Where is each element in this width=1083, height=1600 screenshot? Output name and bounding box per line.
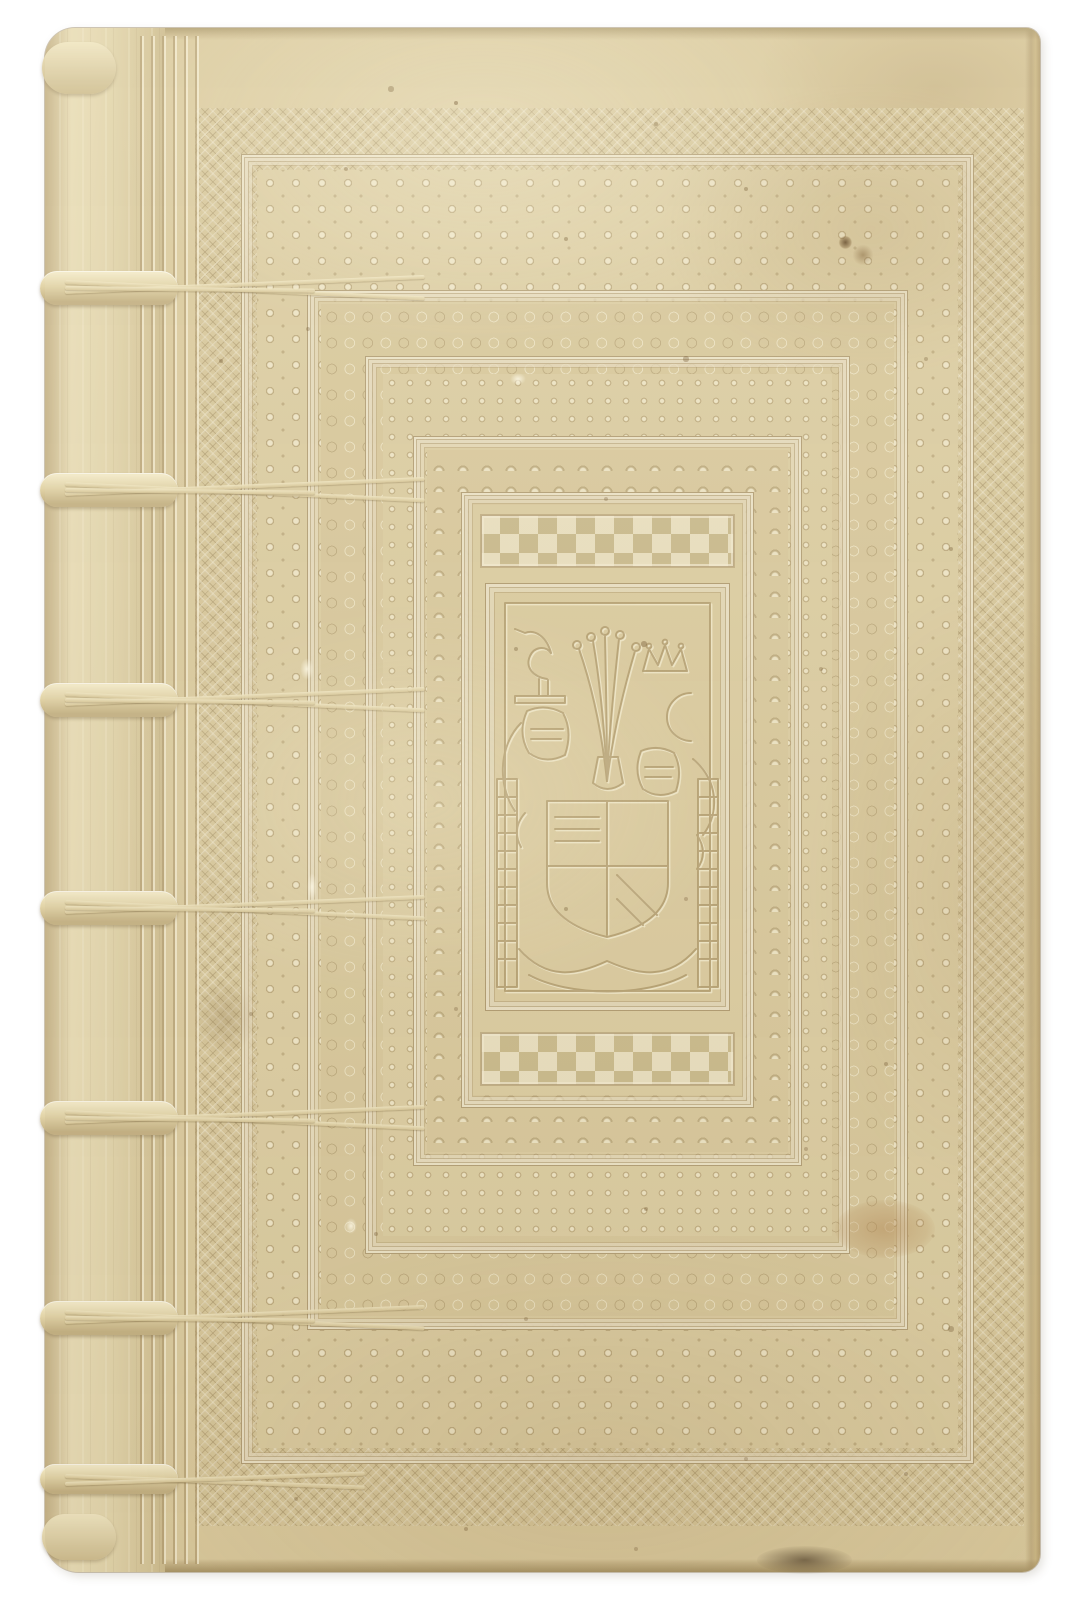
scuff-mark	[345, 1218, 357, 1234]
front-board: Blind-stamped armorial centrepiece: quar…	[165, 28, 1040, 1572]
spine-head-cap	[42, 42, 116, 94]
checker-band-top	[481, 515, 734, 567]
photo-stage: Blind-stamped armorial centrepiece: quar…	[0, 0, 1083, 1600]
fore-edge-bevel	[1025, 28, 1040, 1572]
spine-tail-cap	[42, 1514, 116, 1560]
scuff-mark	[510, 373, 526, 385]
book-cover: Blind-stamped armorial centrepiece: quar…	[45, 28, 1040, 1572]
scuff-mark	[307, 873, 317, 901]
inner-field: Blind-stamped armorial centrepiece: quar…	[473, 505, 742, 1095]
crest-highlight-pass	[498, 604, 719, 993]
scuff-mark	[300, 658, 314, 680]
checker-band-bottom	[481, 1033, 734, 1085]
coat-of-arms-stamp: Blind-stamped armorial centrepiece: quar…	[485, 583, 730, 1011]
foxing-speckles	[45, 28, 47, 30]
central-armorial-panel: Blind-stamped armorial centrepiece: quar…	[485, 583, 730, 1011]
top-board-edge	[165, 28, 1040, 40]
bottom-board-edge	[165, 1559, 1040, 1572]
